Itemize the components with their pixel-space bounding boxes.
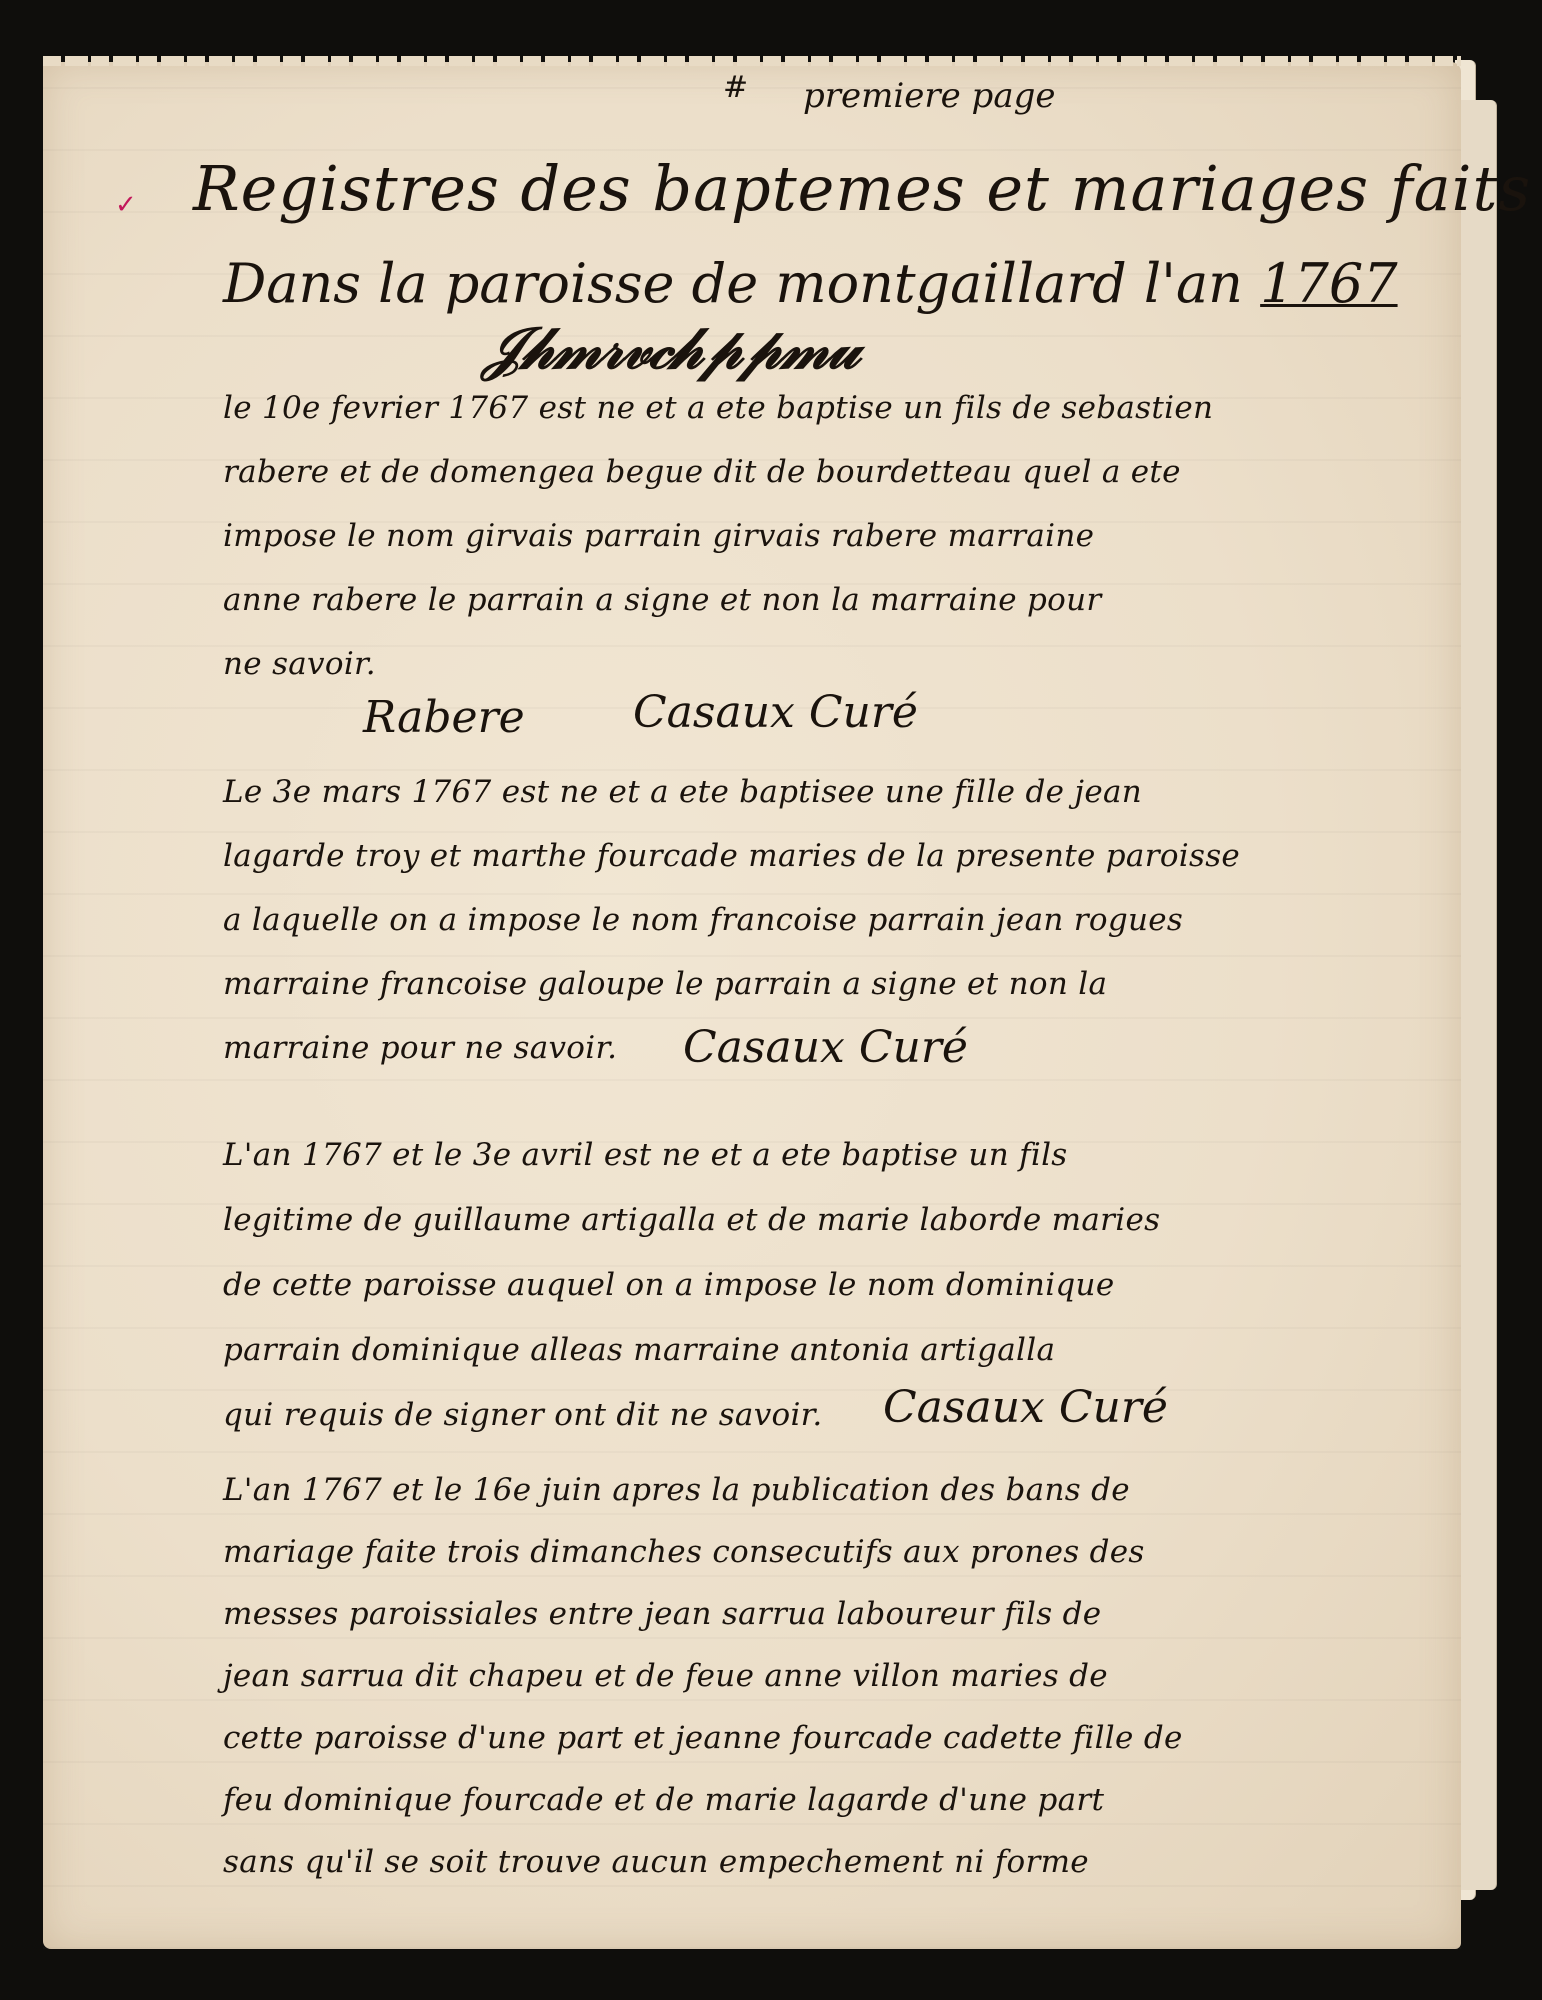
- entry-line: lagarde troy et marthe fourcade maries d…: [223, 838, 1240, 874]
- entry-line: cette paroisse d'une part et jeanne four…: [223, 1720, 1183, 1756]
- entry-line: impose le nom girvais parrain girvais ra…: [223, 518, 1094, 554]
- entry-line: jean sarrua dit chapeu et de feue anne v…: [223, 1658, 1108, 1694]
- entry-line: ne savoir.: [223, 646, 376, 682]
- heading-flourish: 𝒥𝒽𝓂𝓇𝓋𝒸𝒽𝓅𝓅𝓂𝓊: [483, 314, 858, 383]
- entry-line: anne rabere le parrain a signe et non la…: [223, 582, 1102, 618]
- entry-line: qui requis de signer ont dit ne savoir.: [223, 1397, 823, 1433]
- register-year: 1767: [1260, 252, 1397, 315]
- entry-line: parrain dominique alleas marraine antoni…: [223, 1332, 1055, 1368]
- register-subtitle: Dans la paroisse de montgaillard l'an 17…: [223, 252, 1398, 315]
- page-note: premiere page: [803, 76, 1055, 116]
- entry-line: marraine francoise galoupe le parrain a …: [223, 966, 1107, 1002]
- entry-line: marraine pour ne savoir.: [223, 1030, 617, 1066]
- entry-line: a laquelle on a impose le nom francoise …: [223, 902, 1183, 938]
- register-page: ✓ # premiere page Registres des baptemes…: [43, 62, 1461, 1949]
- entry-line: L'an 1767 et le 16e juin apres la public…: [223, 1472, 1130, 1508]
- torn-edge: [43, 56, 1461, 66]
- entry-line: sans qu'il se soit trouve aucun empechem…: [223, 1844, 1089, 1880]
- signature: Casaux Curé: [883, 1382, 1168, 1433]
- entry-line: le 10e fevrier 1767 est ne et a ete bapt…: [223, 390, 1213, 426]
- margin-check-icon: ✓: [115, 190, 137, 220]
- entry-line: legitime de guillaume artigalla et de ma…: [223, 1202, 1160, 1238]
- entry-line: messes paroissiales entre jean sarrua la…: [223, 1596, 1101, 1632]
- entry-line: rabere et de domengea begue dit de bourd…: [223, 454, 1181, 490]
- entry-line: L'an 1767 et le 3e avril est ne et a ete…: [223, 1137, 1068, 1173]
- page-note-mark: #: [723, 70, 748, 105]
- register-title: Registres des baptemes et mariages faits: [193, 152, 1531, 225]
- entry-line: feu dominique fourcade et de marie lagar…: [223, 1782, 1104, 1818]
- subtitle-text: Dans la paroisse de montgaillard l'an: [223, 252, 1243, 315]
- entry-line: mariage faite trois dimanches consecutif…: [223, 1534, 1145, 1570]
- signature: Casaux Curé: [683, 1022, 968, 1073]
- entry-line: de cette paroisse auquel on a impose le …: [223, 1267, 1114, 1303]
- signature: Rabere: [363, 692, 525, 743]
- signature: Casaux Curé: [633, 687, 918, 738]
- entry-line: Le 3e mars 1767 est ne et a ete baptisee…: [223, 774, 1142, 810]
- scanned-document: ✓ # premiere page Registres des baptemes…: [0, 0, 1542, 2000]
